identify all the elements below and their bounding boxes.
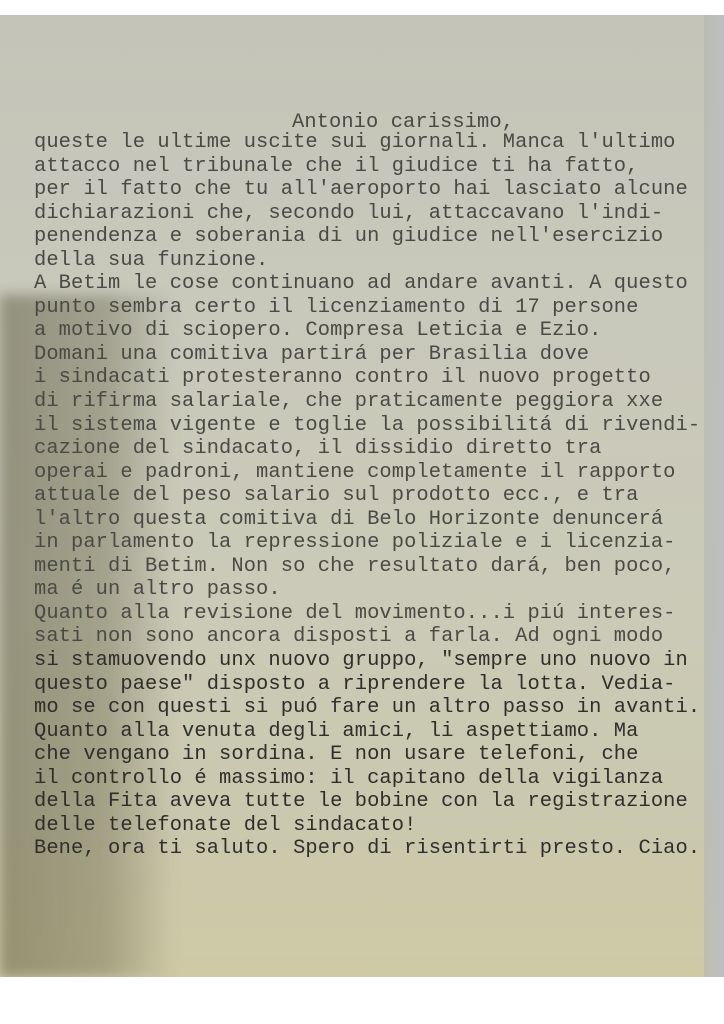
letter-line: punto sembra certo il licenziamento di 1… [34,296,700,320]
letter-line: menti di Betim. Non so che resultato dar… [34,555,700,579]
letter-page: Antonio carissimo, queste le ultime usci… [0,15,724,977]
letter-line: A Betim le cose continuano ad andare ava… [34,272,700,296]
letter-line: Quanto alla venuta degli amici, li aspet… [34,720,700,744]
letter-line: Quanto alla revisione del movimento...i … [34,602,700,626]
letter-line: attacco nel tribunale che il giudice ti … [34,155,700,179]
letter-line: mo se con questi si puó fare un altro pa… [34,696,700,720]
letter-line: cazione del sindacato, il dissidio diret… [34,437,700,461]
letter-line: sati non sono ancora disposti a farla. A… [34,625,700,649]
letter-line: operai e padroni, mantiene completamente… [34,461,700,485]
letter-line: ma é un altro passo. [34,578,700,602]
letter-line: Domani una comitiva partirá per Brasilia… [34,343,700,367]
letter-line: Bene, ora ti saluto. Spero di risentirti… [34,837,700,861]
letter-line: della sua funzione. [34,249,700,273]
letter-line: queste le ultime uscite sui giornali. Ma… [34,131,700,155]
letter-line: il sistema vigente e toglie la possibili… [34,414,700,438]
letter-line: questo paese" disposto a riprendere la l… [34,673,700,697]
letter-line: attuale del peso salario sul prodotto ec… [34,484,700,508]
letter-line: di rifirma salariale, che praticamente p… [34,390,700,414]
letter-body: queste le ultime uscite sui giornali. Ma… [34,131,700,861]
letter-line: i sindacati protesteranno contro il nuov… [34,366,700,390]
letter-line: a motivo di sciopero. Compresa Leticia e… [34,319,700,343]
letter-line: per il fatto che tu all'aeroporto hai la… [34,178,700,202]
letter-line: penendenza e soberania di un giudice nel… [34,225,700,249]
letter-line: delle telefonate del sindacato! [34,814,700,838]
typed-text-area: Antonio carissimo, queste le ultime usci… [34,15,724,109]
letter-line: dichiarazioni che, secondo lui, attaccav… [34,202,700,226]
letter-line: si stamuovendo unx nuovo gruppo, "sempre… [34,649,700,673]
letter-line: che vengano in sordina. E non usare tele… [34,743,700,767]
letter-line: della Fita aveva tutte le bobine con la … [34,790,700,814]
letter-line: il controllo é massimo: il capitano dell… [34,767,700,791]
letter-line: l'altro questa comitiva di Belo Horizont… [34,508,700,532]
letter-line: in parlamento la repressione poliziale e… [34,531,700,555]
